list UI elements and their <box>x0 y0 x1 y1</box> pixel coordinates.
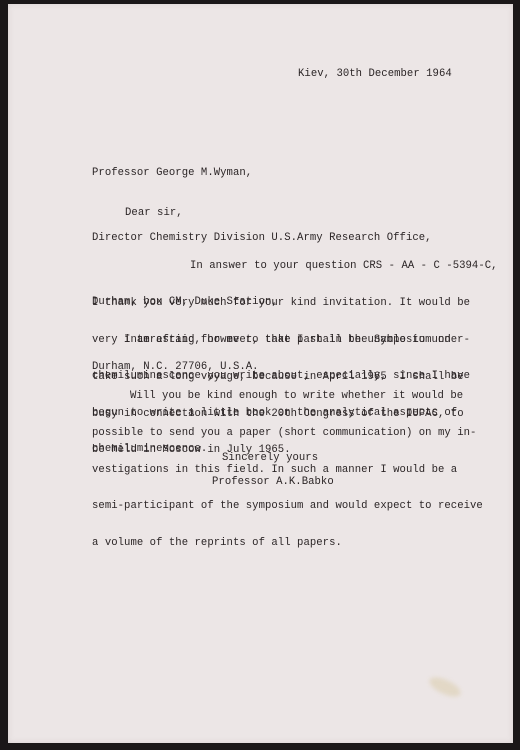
closing: Sincerely yours <box>222 452 318 464</box>
paragraph-line: a volume of the reprints of all papers. <box>92 537 483 549</box>
salutation: Dear sir, <box>125 207 183 219</box>
paragraph-line: semi-participant of the symposium and wo… <box>92 500 483 512</box>
signature: Professor A.K.Babko <box>212 476 334 488</box>
paragraph-line: In answer to your question CRS - AA - C … <box>92 260 498 272</box>
recipient-line: Professor George M.Wyman, <box>92 163 432 185</box>
paragraph-line: I am afraid, however, that I shall be un… <box>92 334 470 346</box>
paragraph-line: I thank you very much for your kind invi… <box>92 297 498 309</box>
paragraph-line: possible to send you a paper (short comm… <box>92 427 483 439</box>
paragraph-line: vestigations in this field. In such a ma… <box>92 464 483 476</box>
paper-stain <box>427 673 464 700</box>
date-line: Kiev, 30th December 1964 <box>298 68 452 80</box>
paragraph-line: Will you be kind enough to write whether… <box>92 390 483 402</box>
